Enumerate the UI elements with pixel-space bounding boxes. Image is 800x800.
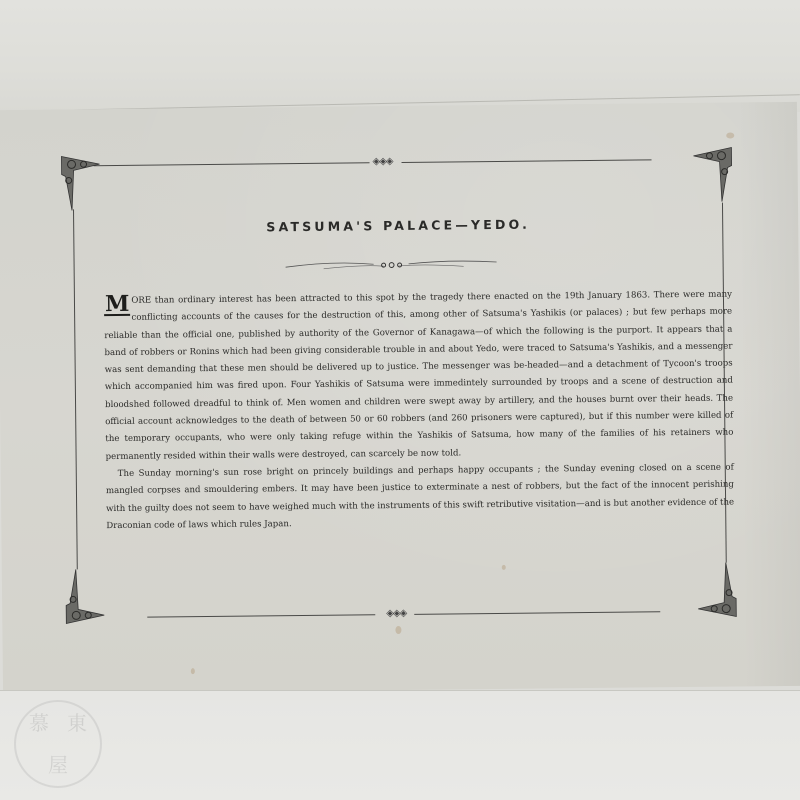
border-top-left-rule [94,162,370,166]
watermark-char: 屋 [39,754,77,776]
foxing-stain [191,668,195,674]
border-bottom-right-rule [414,611,660,615]
border-bottom-left-rule [147,614,375,617]
foxing-stain [726,132,734,138]
paragraph-2: The Sunday morning's sun rose bright on … [106,459,735,535]
bottom-paper-sheet [0,690,800,800]
seller-watermark-seal: 慕 東 屋 [14,700,102,788]
top-paper-sheet [0,0,800,112]
title-flourish-ornament [284,257,499,273]
corner-ornament-bottom-right [694,560,739,618]
border-left-rule [73,209,78,569]
foxing-stain [395,626,401,634]
drop-cap: M [104,294,131,316]
foxing-stain [502,565,506,570]
top-center-ornament: ◈◈◈ [372,157,392,167]
corner-ornament-bottom-left [64,567,109,625]
corner-ornament-top-right [689,145,734,203]
first-word-rest: ORE [131,296,151,306]
corner-ornament-top-left [59,154,104,212]
watermark-char: 慕 [20,712,58,734]
border-top-right-rule [402,159,652,163]
page-title: SATSUMA'S PALACE—YEDO. [0,214,798,237]
paragraph-1-text: than ordinary interest has been attracte… [104,290,733,462]
article-body: MORE than ordinary interest has been att… [104,287,735,536]
printed-page: ◈◈◈ ◈◈◈ SATSUMA'S PALACE—YEDO. MORE than… [0,102,800,694]
paragraph-1: MORE than ordinary interest has been att… [104,287,734,467]
watermark-char: 東 [58,712,96,734]
bottom-center-ornament: ◈◈◈ [386,609,406,619]
